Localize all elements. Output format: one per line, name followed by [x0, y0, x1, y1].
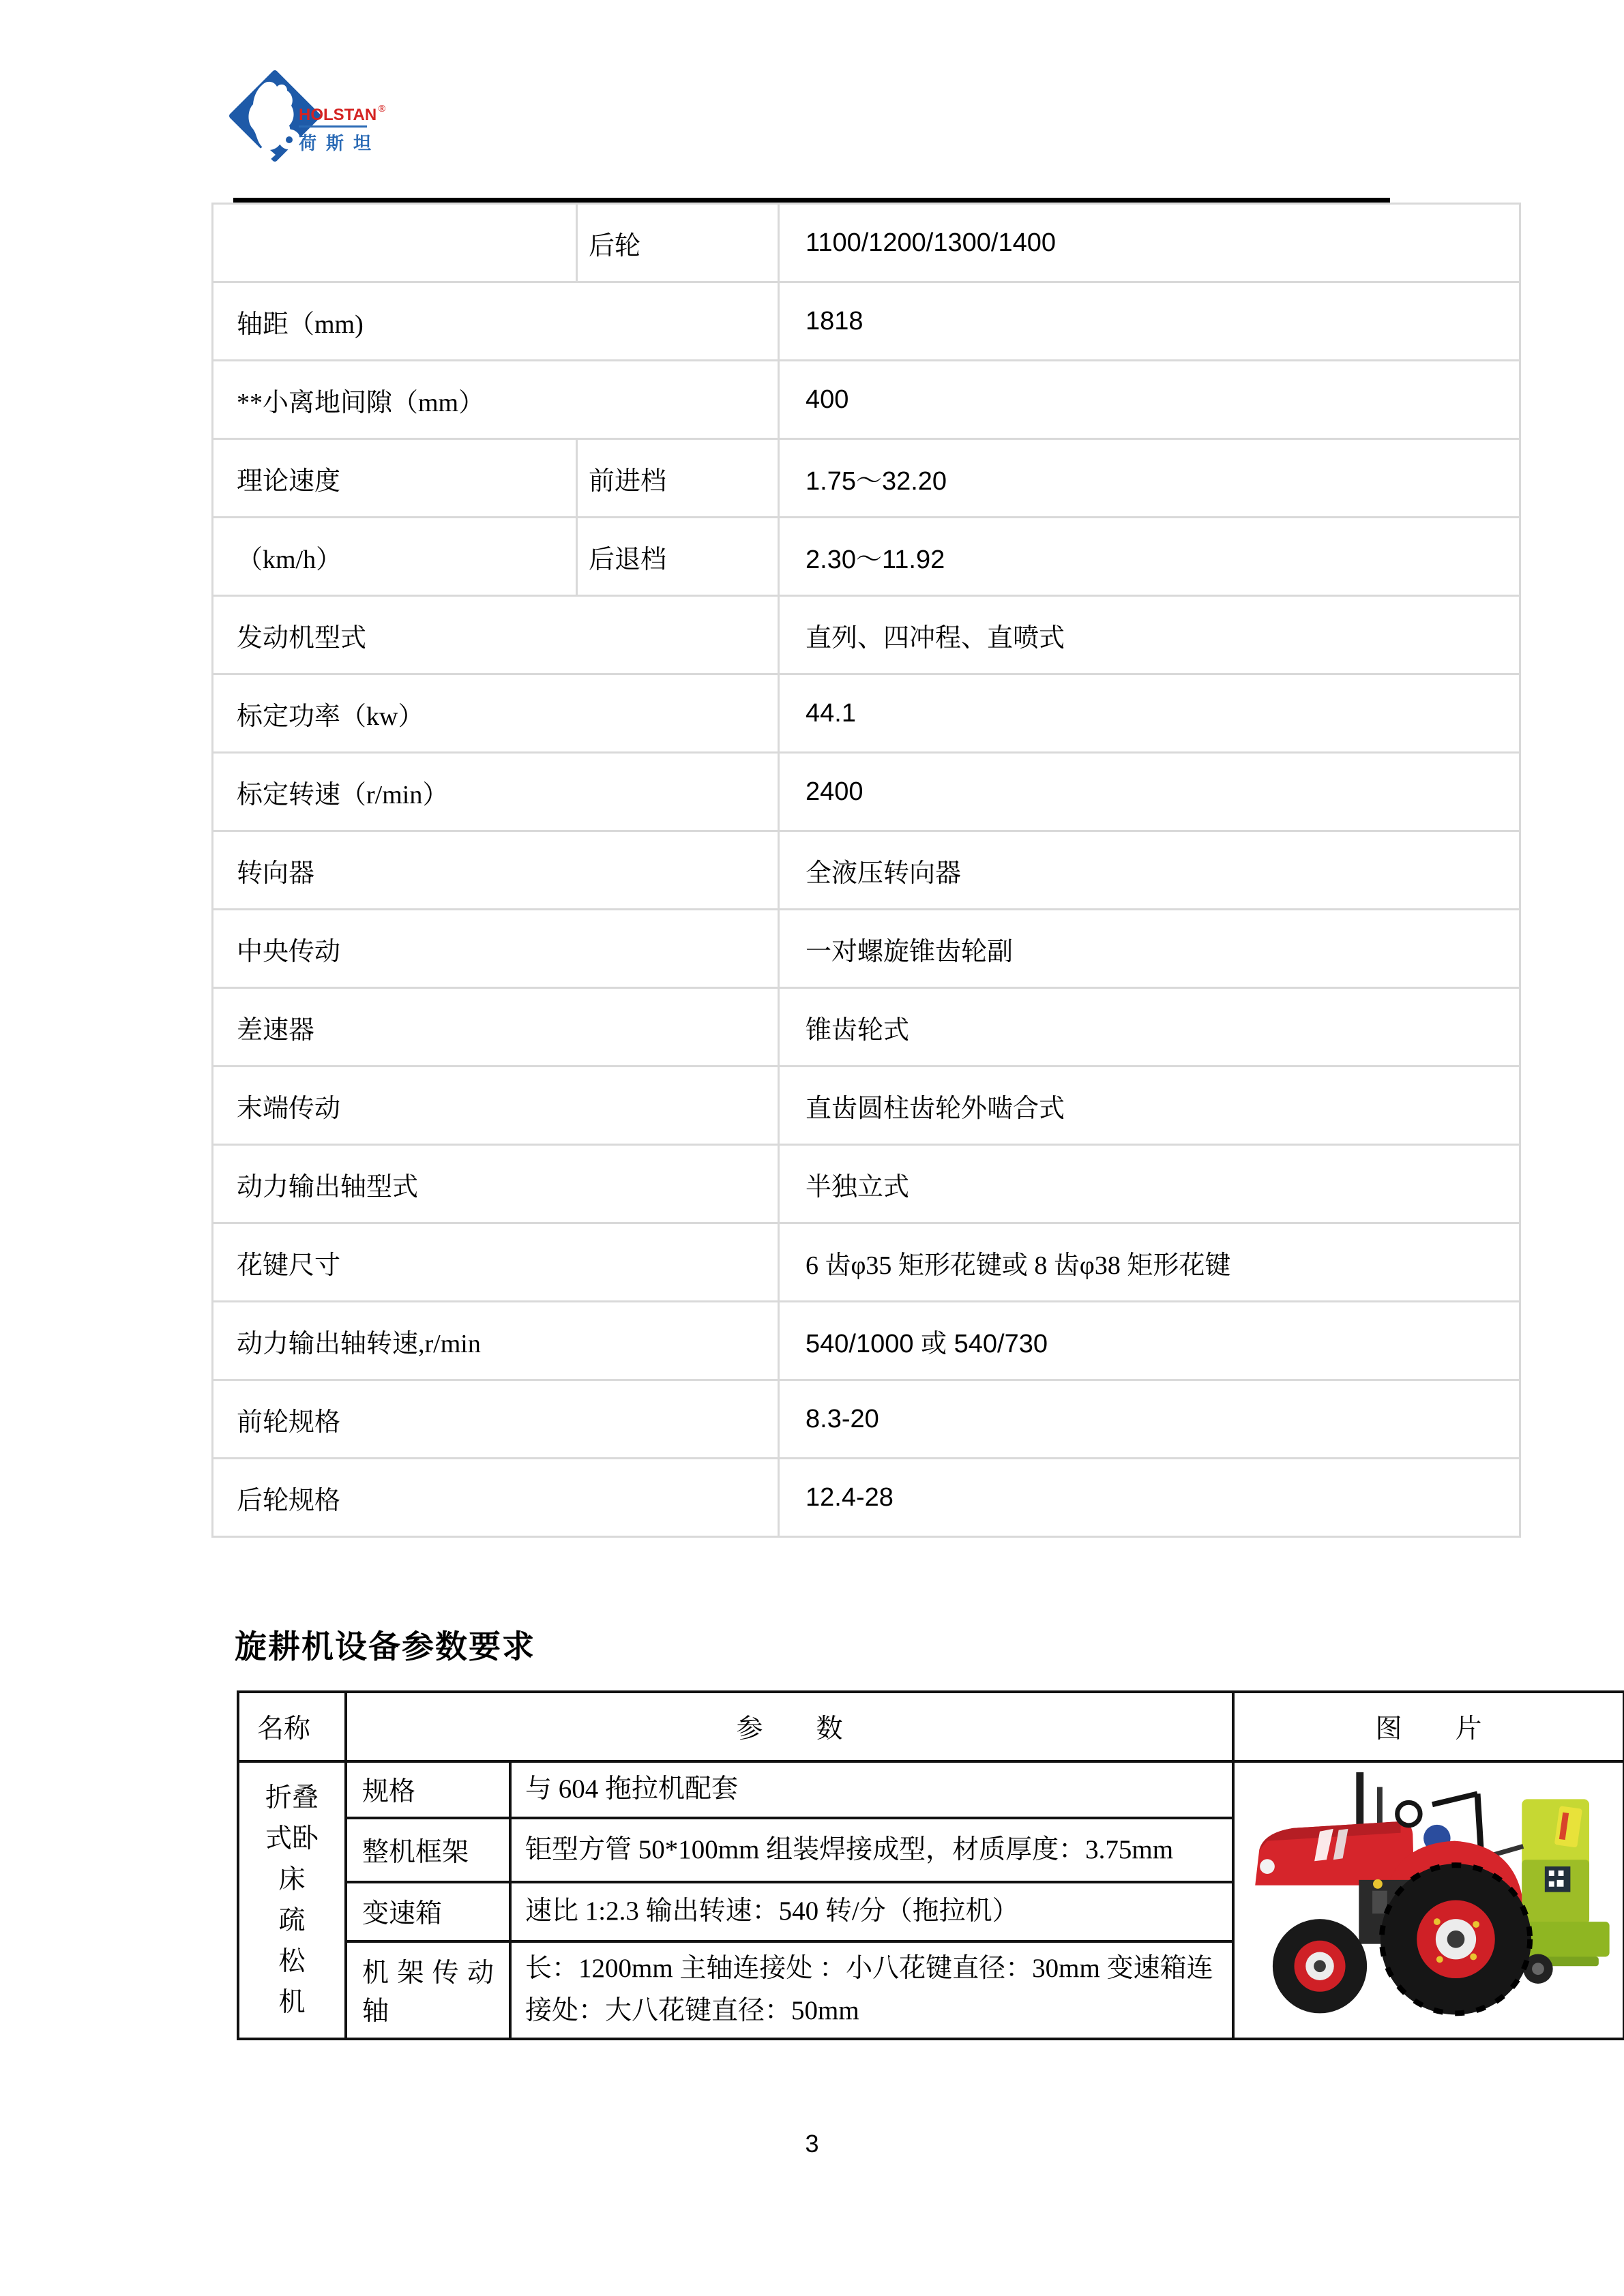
page-number: 3	[0, 2130, 1624, 2158]
spec-value: 400	[779, 361, 1520, 439]
tractor-spec-table: 后轮 1100/1200/1300/1400 轴距（mm) 1818 **小离地…	[211, 203, 1521, 1538]
table-row: （km/h） 后退档 2.30～11.92	[213, 518, 1520, 596]
param-value: 钜型方管 50*100mm 组装焊接成型，材质厚度：3.75mm	[510, 1818, 1233, 1882]
registered-trademark-icon: ®	[378, 104, 385, 115]
spec-label: 动力输出轴转速,r/min	[213, 1302, 779, 1380]
param-value: 速比 1:2.3 输出转速：540 转/分（拖拉机）	[510, 1882, 1233, 1941]
spec-value: 8.3-20	[779, 1380, 1520, 1459]
brand-name: HOLSTAN	[299, 106, 377, 124]
param-label: 整机框架	[346, 1818, 510, 1882]
spec-value: 12.4-28	[779, 1459, 1520, 1537]
spec-label: 末端传动	[213, 1067, 779, 1145]
spec-label: 差速器	[213, 988, 779, 1067]
spec-value: 锥齿轮式	[779, 988, 1520, 1067]
header-param: 参 数	[346, 1692, 1233, 1761]
spec-value: 2.30～11.92	[779, 518, 1520, 596]
spec-value: 6 齿φ35 矩形花键或 8 齿φ38 矩形花键	[779, 1223, 1520, 1302]
spec-label: 标定转速（r/min）	[213, 753, 779, 831]
table-row: 轴距（mm) 1818	[213, 282, 1520, 361]
spec-label: 中央传动	[213, 910, 779, 988]
table-row: 发动机型式 直列、四冲程、直喷式	[213, 596, 1520, 674]
spec-value: 2400	[779, 753, 1520, 831]
table-row: 末端传动 直齿圆柱齿轮外啮合式	[213, 1067, 1520, 1145]
table-row: 标定功率（kw） 44.1	[213, 674, 1520, 753]
spec-sublabel: 后轮	[577, 204, 779, 282]
machine-name: 折叠 式卧 床 疏 松 机	[238, 1761, 346, 2039]
table-row: 前轮规格 8.3-20	[213, 1380, 1520, 1459]
tractor-photo	[1239, 1765, 1619, 2035]
spec-label: 发动机型式	[213, 596, 779, 674]
table-row: 差速器 锥齿轮式	[213, 988, 1520, 1067]
table-row: 动力输出轴转速,r/min 540/1000 或 540/730	[213, 1302, 1520, 1380]
spec-label: 动力输出轴型式	[213, 1145, 779, 1223]
spec-value: 一对螺旋锥齿轮副	[779, 910, 1520, 988]
param-value: 与 604 拖拉机配套	[510, 1761, 1233, 1818]
table-row: 后轮规格 12.4-28	[213, 1459, 1520, 1537]
spec-value: 半独立式	[779, 1145, 1520, 1223]
table-row: 理论速度 前进档 1.75～32.20	[213, 439, 1520, 518]
spec-label: （km/h）	[213, 518, 577, 596]
spec-value: 540/1000 或 540/730	[779, 1302, 1520, 1380]
spec-label: 前轮规格	[213, 1380, 779, 1459]
spec-label: 转向器	[213, 831, 779, 910]
brand-name-chinese: 荷斯坦	[299, 130, 401, 155]
param-label: 变速箱	[346, 1882, 510, 1941]
table-row: 花键尺寸 6 齿φ35 矩形花键或 8 齿φ38 矩形花键	[213, 1223, 1520, 1302]
table-header-row: 名称 参 数 图 片	[238, 1692, 1624, 1761]
spec-value: 直齿圆柱齿轮外啮合式	[779, 1067, 1520, 1145]
spec-label	[213, 204, 577, 282]
table-row: 折叠 式卧 床 疏 松 机 规格 与 604 拖拉机配套	[238, 1761, 1624, 1818]
spec-value: 44.1	[779, 674, 1520, 753]
spec-value: 1.75～32.20	[779, 439, 1520, 518]
header-name: 名称	[238, 1692, 346, 1761]
holstan-logo: HOLSTAN® 荷斯坦	[229, 65, 407, 167]
param-label: 机架传动轴	[346, 1941, 510, 2039]
param-value: 长：1200mm 主轴连接处 ：小八花键直径：30mm 变速箱连接处：大八花键直…	[510, 1941, 1233, 2039]
spec-label: 花键尺寸	[213, 1223, 779, 1302]
spec-sublabel: 后退档	[577, 518, 779, 596]
header-image: 图 片	[1233, 1692, 1624, 1761]
machine-photo-cell	[1233, 1761, 1624, 2039]
spec-sublabel: 前进档	[577, 439, 779, 518]
header-divider	[233, 198, 1390, 203]
spec-value: 1100/1200/1300/1400	[779, 204, 1520, 282]
spec-value: 直列、四冲程、直喷式	[779, 596, 1520, 674]
table-row: 动力输出轴型式 半独立式	[213, 1145, 1520, 1223]
table-row: **小离地间隙（mm） 400	[213, 361, 1520, 439]
param-label: 规格	[346, 1761, 510, 1818]
table-row: 转向器 全液压转向器	[213, 831, 1520, 910]
section-heading: 旋耕机设备参数要求	[235, 1622, 535, 1667]
spec-value: 全液压转向器	[779, 831, 1520, 910]
table-row: 中央传动 一对螺旋锥齿轮副	[213, 910, 1520, 988]
rotary-tiller-table: 名称 参 数 图 片 折叠 式卧 床 疏 松 机 规格 与 604 拖拉机配套	[237, 1690, 1624, 2040]
brand-underline	[299, 125, 367, 128]
spec-value: 1818	[779, 282, 1520, 361]
spec-label: 后轮规格	[213, 1459, 779, 1537]
table-row: 标定转速（r/min） 2400	[213, 753, 1520, 831]
table-row: 后轮 1100/1200/1300/1400	[213, 204, 1520, 282]
spec-label: 轴距（mm)	[213, 282, 779, 361]
spec-label: **小离地间隙（mm）	[213, 361, 779, 439]
spec-label: 标定功率（kw）	[213, 674, 779, 753]
spec-label: 理论速度	[213, 439, 577, 518]
